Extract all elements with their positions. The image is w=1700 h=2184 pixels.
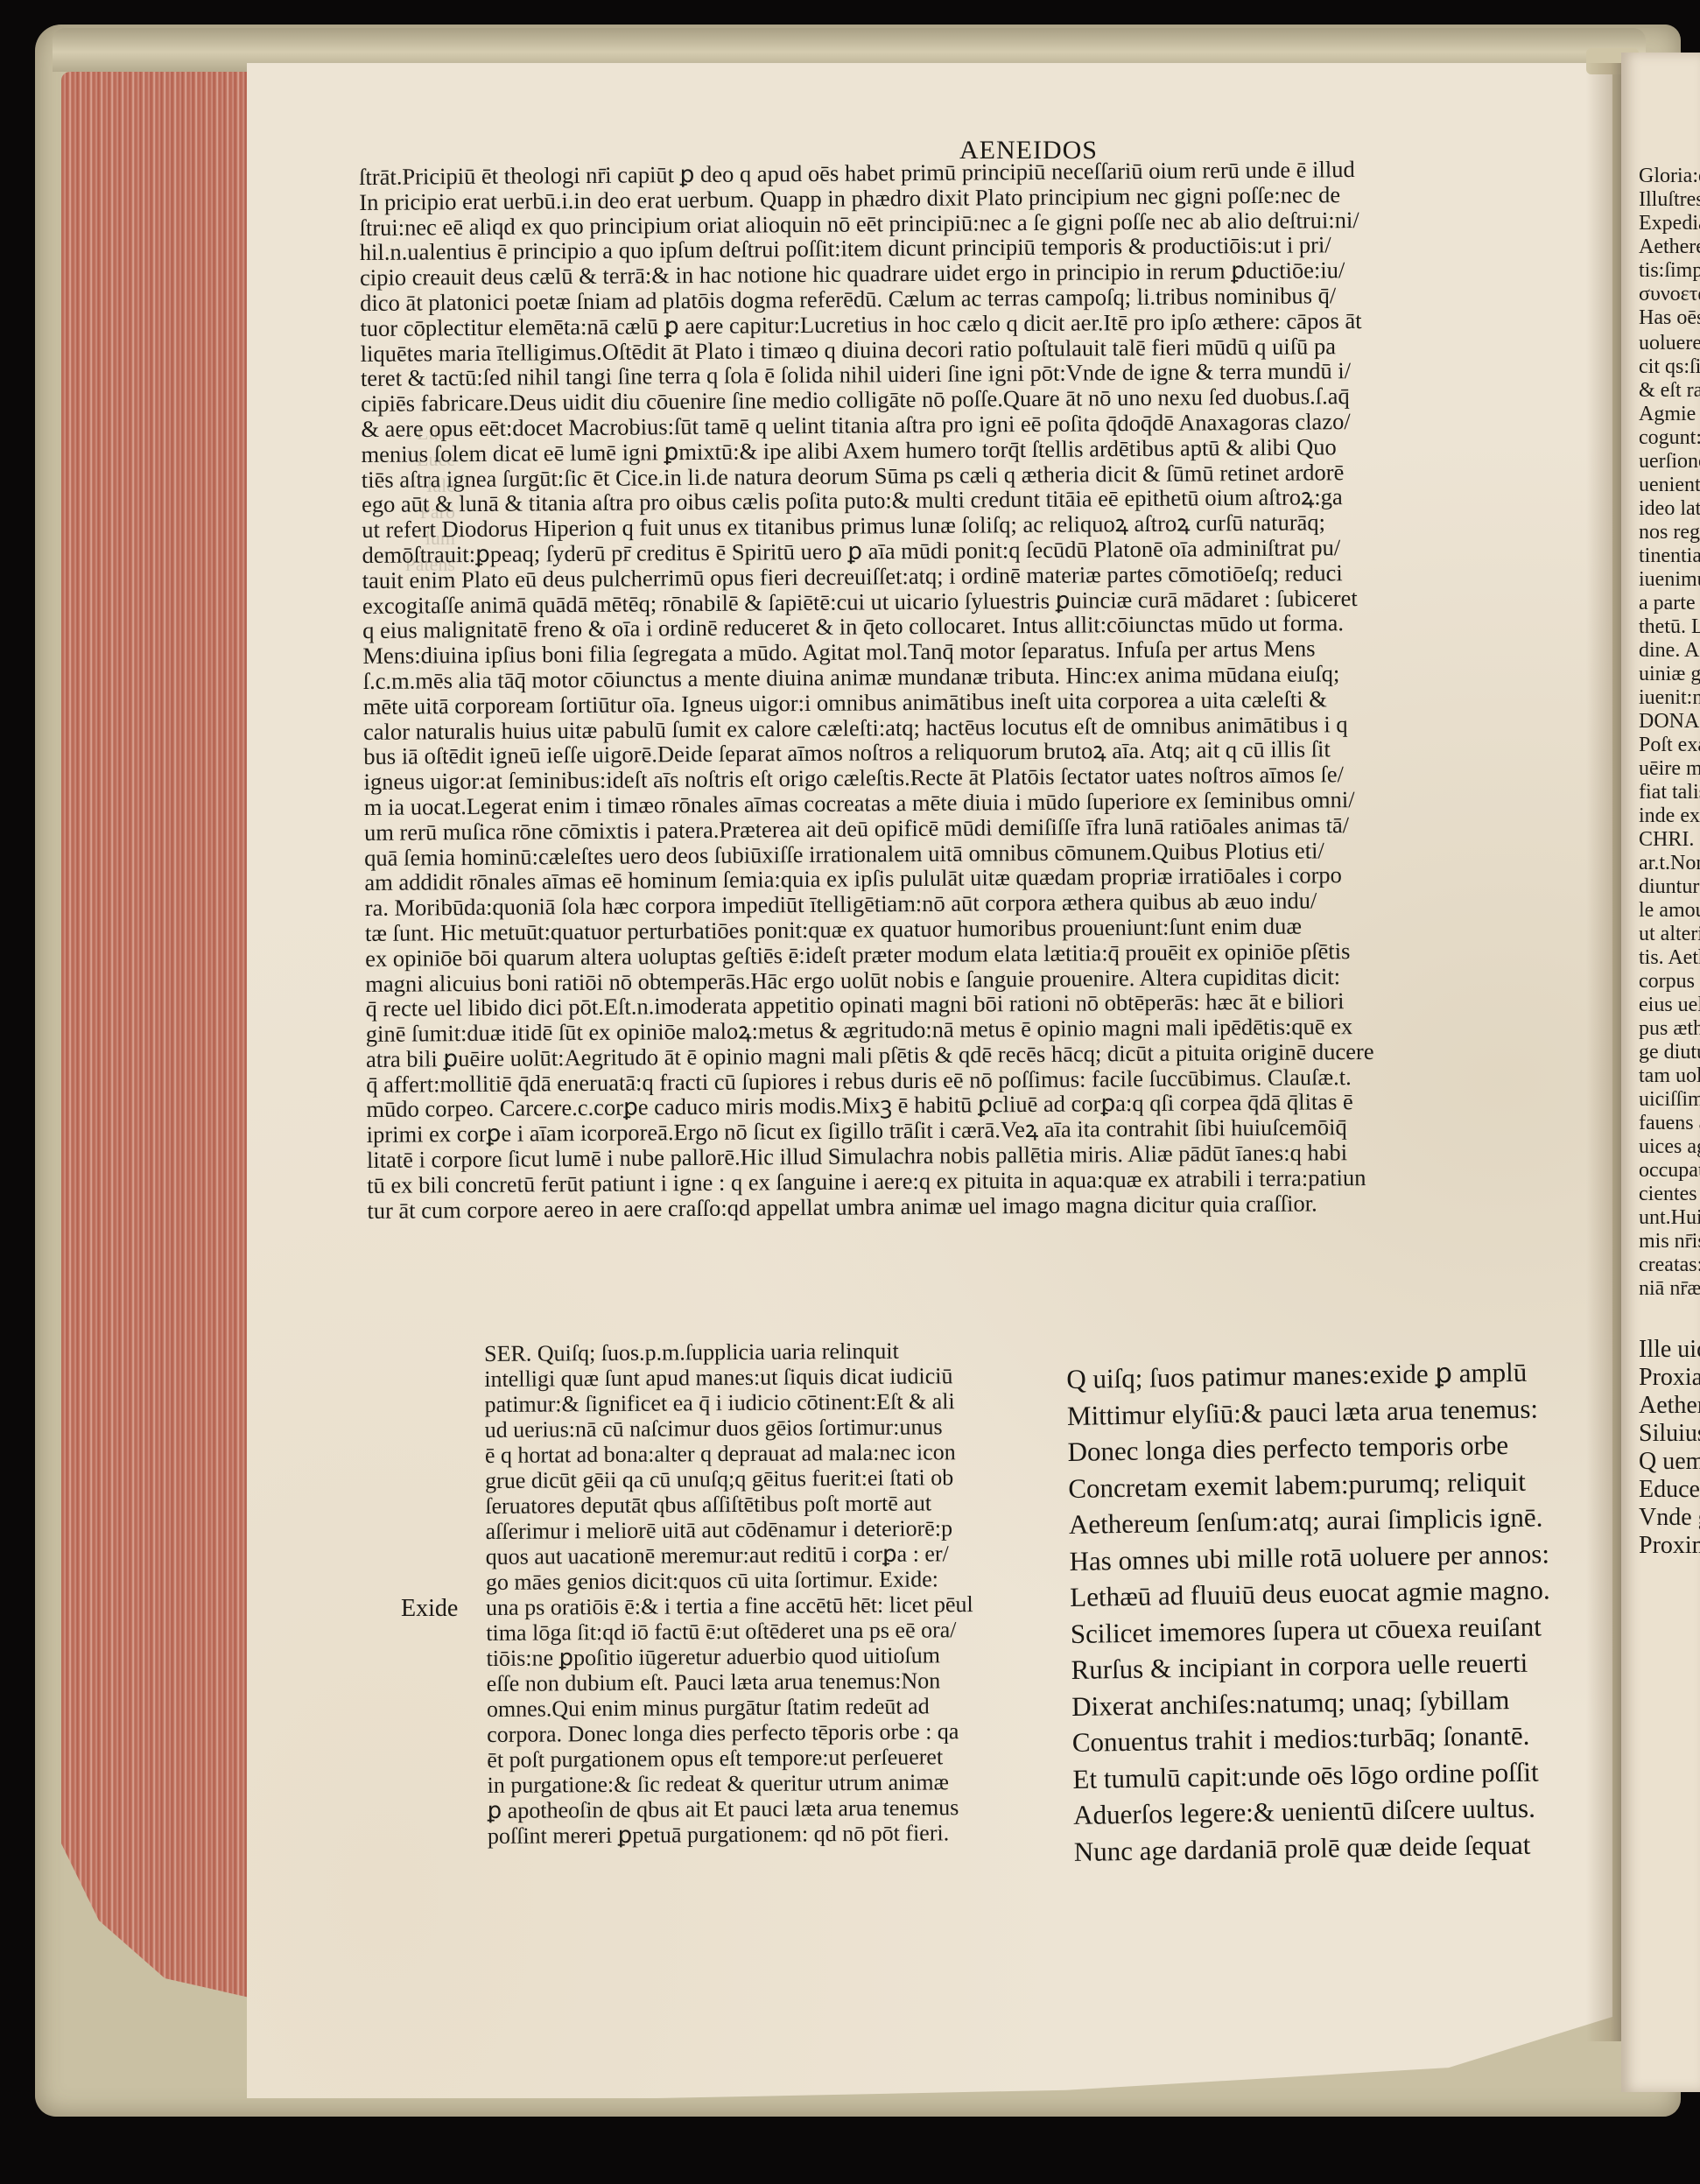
commentary-block: ſtrāt.Pricipiū ēt theologi nr̄i capiūt ꝑ… <box>359 155 1584 1223</box>
text-line: go māes genios dicit:quos cū uita ſortim… <box>486 1565 1055 1595</box>
text-line: ſeruatores deputāt qbus aſſiſtētibus poſ… <box>485 1489 1054 1519</box>
text-line: tam uolue <box>1639 1064 1700 1088</box>
text-line: Gloria:q <box>1639 165 1700 188</box>
text-line: eius uelam <box>1639 994 1700 1017</box>
text-line: mis nr̄is ſir <box>1639 1230 1700 1254</box>
text-line: iuenimus <box>1639 568 1700 592</box>
text-line: ut alterius <box>1639 923 1700 946</box>
text-line: grue dicūt gēii qa cū unuſq;q gēitus fue… <box>485 1464 1054 1493</box>
verse-line: Ille uides <box>1639 1336 1700 1364</box>
text-line: tis. Aeth <box>1639 946 1700 970</box>
text-line: cogunt:ut <box>1639 426 1700 450</box>
text-line: Aethereū <box>1639 235 1700 259</box>
verse-line: Educet ſy <box>1639 1476 1700 1504</box>
text-line: Poſt exam <box>1639 734 1700 757</box>
text-line: poſſint mereri ꝑpetuā purgationem: qd nō… <box>488 1819 1057 1849</box>
text-line: ideo latet:q <box>1639 497 1700 521</box>
red-stained-fore-edge <box>61 72 249 1998</box>
text-line: patimur:& ſignificet ea q̄ i iudicio cōt… <box>484 1387 1053 1417</box>
text-line: tis:ſimplic <box>1639 259 1700 283</box>
text-line: Agmie m <box>1639 403 1700 426</box>
text-line: unt.Huiu <box>1639 1206 1700 1230</box>
text-line: cientes æth <box>1639 1183 1700 1206</box>
text-line: iuenit:nā <box>1639 686 1700 710</box>
text-line: tinentia hi <box>1639 544 1700 568</box>
text-line: pus æther <box>1639 1017 1700 1041</box>
text-line: uices agūt <box>1639 1135 1700 1159</box>
text-line: diuntur e <box>1639 875 1700 899</box>
text-line: uēire me <box>1639 757 1700 781</box>
text-line: CHRI. <box>1639 828 1700 852</box>
virgil-verse-column: Q uiſq; ſuos patimur manes:exide ꝑ amplū… <box>1066 1352 1617 1870</box>
text-line: fiat talis p <box>1639 781 1700 804</box>
text-line: Illuſtres <box>1639 188 1700 212</box>
text-line: dine. Ad <box>1639 639 1700 663</box>
text-line: συνοετα.i. <box>1639 283 1700 306</box>
text-line: ud uerius:nā cū naſcimur duos gēios ſort… <box>485 1413 1054 1443</box>
text-line: & eſt ratio <box>1639 379 1700 403</box>
text-line: SER. Quiſq; ſuos.p.m.ſupplicia uaria rel… <box>484 1337 1053 1366</box>
text-line: nos reges: <box>1639 521 1700 544</box>
verse-line: Aetherias <box>1639 1392 1700 1420</box>
text-line: DONA <box>1639 710 1700 734</box>
text-line: aſſerimur i meliorē uitā aut cōdēnamur i… <box>485 1514 1054 1544</box>
spacer <box>1639 1301 1700 1336</box>
facing-page-text: Gloria:qIlluſtresExpediaAethereūtis:ſimp… <box>1639 165 1700 1560</box>
text-line: le amouer <box>1639 899 1700 923</box>
verse-line: Siluius al <box>1639 1420 1700 1448</box>
text-line: quos aut uacationē meremur:aut reditū i … <box>486 1540 1055 1570</box>
verse-line: Proxia ſo <box>1639 1364 1700 1392</box>
text-line: thetū. Lo <box>1639 615 1700 639</box>
text-line: Expedia <box>1639 212 1700 235</box>
text-line: uenient on <box>1639 474 1700 497</box>
text-line: Has oēs:a <box>1639 306 1700 330</box>
text-line: corpus del <box>1639 970 1700 994</box>
text-line: una ps oratiōis ē:& i tertia a fine accē… <box>486 1591 1055 1620</box>
text-line: ēt poſt purgationem opus eſt tempore:ut … <box>487 1743 1056 1773</box>
text-line: omnes.Qui enim minus purgātur ſtatim red… <box>487 1692 1056 1722</box>
marginal-lemma: Exide <box>401 1595 458 1623</box>
text-line: uoluere ꝑ a <box>1639 330 1700 355</box>
text-line: uiciſſim d <box>1639 1088 1700 1112</box>
text-line: corpora. Donec longa dies perfecto tēpor… <box>487 1717 1056 1747</box>
text-line: eſſe non dubium eſt. Pauci læta arua ten… <box>487 1667 1056 1696</box>
text-line: ar.t.Non <box>1639 852 1700 875</box>
text-line: uerſione aī <box>1639 450 1700 474</box>
text-line: ē q hortat ad bona:alter q deprauat ad m… <box>485 1438 1054 1468</box>
servius-commentary-column: SER. Quiſq; ſuos.p.m.ſupplicia uaria rel… <box>484 1337 1057 1849</box>
text-line: tiōis:ne ꝑpoſitio iūgeretur aduerbio quo… <box>486 1641 1055 1671</box>
text-line: ꝑ apotheoſin de qbus ait Et pauci læta a… <box>488 1794 1057 1823</box>
text-line: inde ex it <box>1639 804 1700 828</box>
text-line: creatas:& c <box>1639 1254 1700 1277</box>
text-line: fauens a lli <box>1639 1112 1700 1135</box>
text-line: cit qs:ſicut <box>1639 355 1700 379</box>
verse-line: Q uem t <box>1639 1448 1700 1476</box>
text-line: intelligi quæ ſunt apud manes:ut ſiquis … <box>484 1362 1053 1392</box>
text-line: tima lōga ſit:qd iō factū ē:ut oſtēderet… <box>486 1616 1055 1646</box>
text-line: uiniæ gen <box>1639 663 1700 686</box>
verse-line: Proximu <box>1639 1532 1700 1560</box>
text-line: in purgatione:& ſic redeat & queritur ut… <box>487 1768 1056 1798</box>
text-line: niā nr̄æ rel <box>1639 1277 1700 1301</box>
text-line: ge diuturn <box>1639 1041 1700 1064</box>
verse-line: Vnde ge <box>1639 1504 1700 1532</box>
text-line: occupatæ <box>1639 1159 1700 1183</box>
text-line: a parte ſed <box>1639 592 1700 615</box>
